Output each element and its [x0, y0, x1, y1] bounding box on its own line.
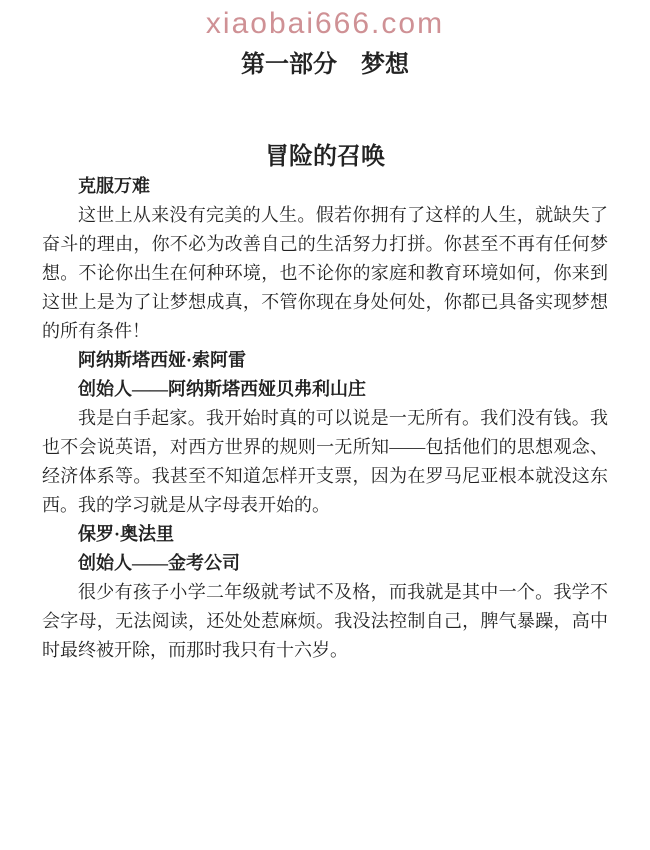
part-title: 第一部分 梦想 — [0, 50, 650, 80]
site-watermark: xiaobai666.com — [0, 6, 650, 42]
quote-1-text: 我是白手起家。我开始时真的可以说是一无所有。我们没有钱。我也不会说英语，对西方世… — [42, 404, 608, 520]
quote-1-author: 阿纳斯塔西娅·索阿雷 — [42, 346, 608, 375]
intro-paragraph: 这世上从来没有完美的人生。假若你拥有了这样的人生，就缺失了奋斗的理由，你不必为改… — [42, 201, 608, 346]
quote-2-author-role: 创始人——金考公司 — [42, 549, 608, 578]
chapter-content: 克服万难 这世上从来没有完美的人生。假若你拥有了这样的人生，就缺失了奋斗的理由，… — [42, 172, 608, 665]
quote-1-author-role: 创始人——阿纳斯塔西娅贝弗利山庄 — [42, 375, 608, 404]
quote-2-author: 保罗·奥法里 — [42, 520, 608, 549]
chapter-title: 冒险的召唤 — [0, 142, 650, 172]
quote-2-text: 很少有孩子小学二年级就考试不及格，而我就是其中一个。我学不会字母，无法阅读，还处… — [42, 578, 608, 665]
book-page: xiaobai666.com 第一部分 梦想 冒险的召唤 克服万难 这世上从来没… — [0, 0, 650, 850]
section-subheading: 克服万难 — [42, 172, 608, 201]
